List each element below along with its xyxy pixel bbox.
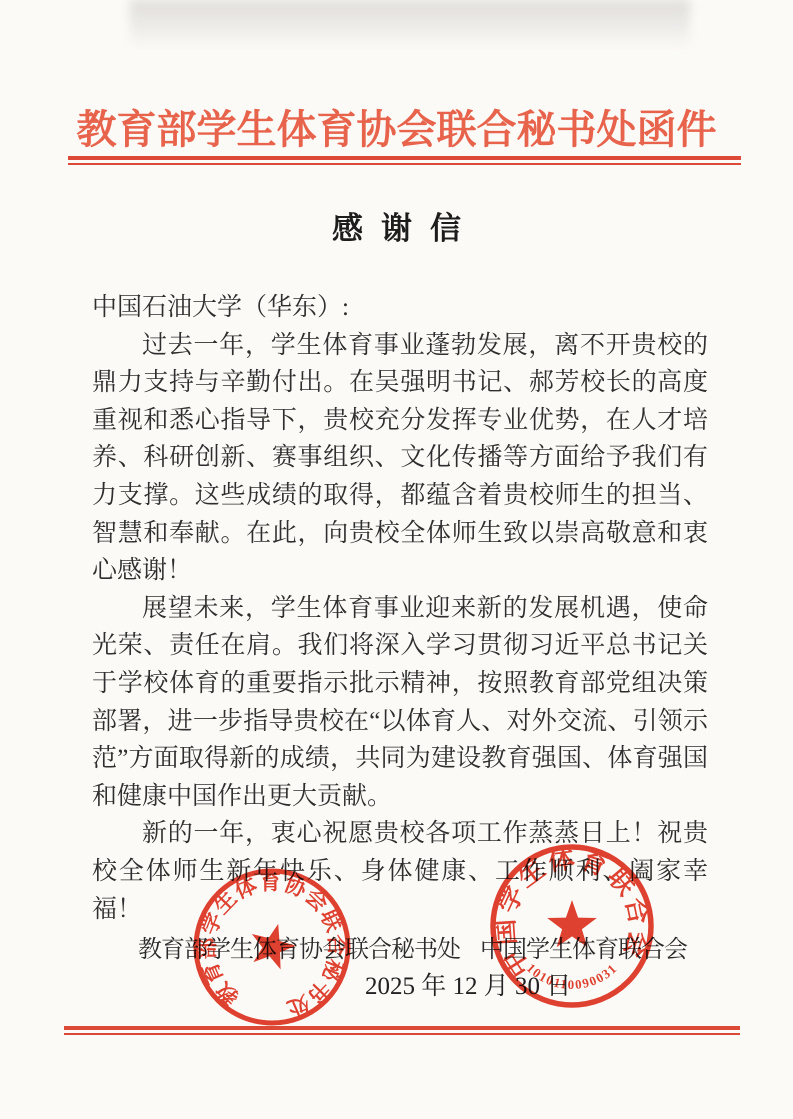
header-divider-thin-line: [68, 163, 741, 165]
header-divider-thick-line: [68, 156, 741, 160]
header-divider: [68, 156, 741, 165]
right-seal-code: 1010110090031: [524, 960, 621, 992]
letter-title: 感谢信: [0, 203, 793, 248]
right-official-seal: 中国学生体育联合会 1010110090031: [477, 831, 667, 1021]
letter-page: 教育部学生体育协会联合秘书处函件 感谢信 中国石油大学（华东）: 过去一年，学生…: [0, 0, 793, 1119]
paragraph-1: 过去一年，学生体育事业蓬勃发展，离不开贵校的鼎力支持与辛勤付出。在吴强明书记、郝…: [92, 327, 708, 590]
footer-divider-thin-line: [64, 1033, 740, 1035]
left-seal-star-icon: [245, 918, 300, 972]
footer-divider: [64, 1026, 740, 1035]
footer-divider-thick-line: [64, 1026, 740, 1030]
left-official-seal: 教育部学生体育协会联合秘书处: [177, 852, 367, 1042]
letterhead-title: 教育部学生体育协会联合秘书处函件: [0, 98, 793, 155]
salutation: 中国石油大学（华东）:: [92, 289, 708, 327]
right-seal-star-icon: [547, 900, 597, 947]
paragraph-2: 展望未来，学生体育事业迎来新的发展机遇，使命光荣、责任在肩。我们将深入学习贯彻习…: [92, 590, 708, 816]
scan-smudge: [130, 0, 690, 58]
